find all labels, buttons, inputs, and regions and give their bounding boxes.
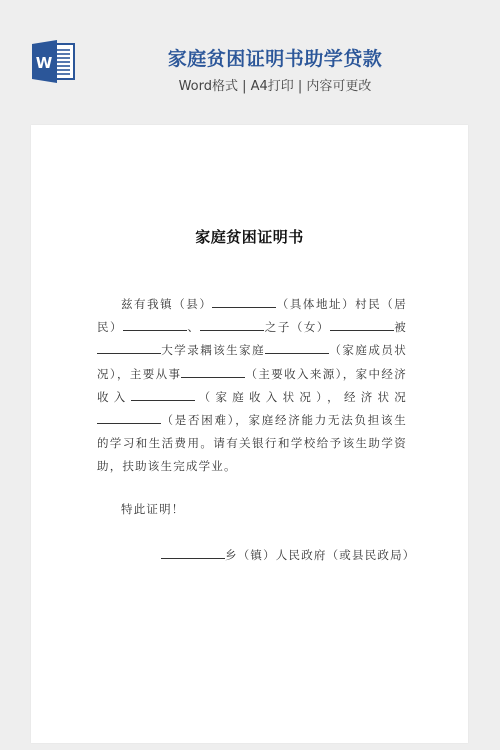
svg-text:W: W <box>36 54 53 72</box>
fill-in-blank[interactable] <box>212 295 276 308</box>
header: W 家庭贫困证明书助学贷款 Word格式 | A4打印 | 内容可更改 <box>0 0 500 120</box>
document-page: 家庭贫困证明书 兹有我镇（县）（具体地址）村民（居民）、之子（女）被大学录耦该生… <box>31 125 468 743</box>
fill-in-blank[interactable] <box>200 318 264 331</box>
signature-text: 乡（镇）人民政府（或县民政局） <box>225 548 416 562</box>
fill-in-blank[interactable] <box>97 341 161 354</box>
body-text: 被 <box>394 320 407 334</box>
body-text: 大学录耦该生家庭 <box>161 343 265 357</box>
document-title: 家庭贫困证明书 <box>31 226 468 247</box>
fill-in-blank[interactable] <box>97 411 161 424</box>
body-text: （家庭收入状况），经济状况 <box>195 390 407 404</box>
fill-in-blank[interactable] <box>123 318 187 331</box>
body-text: 之子（女） <box>264 320 330 334</box>
fill-in-blank[interactable] <box>265 341 329 354</box>
body-text: 、 <box>187 320 200 334</box>
page-title: 家庭贫困证明书助学贷款 <box>150 44 400 71</box>
word-document-icon: W <box>31 40 76 83</box>
fill-in-blank[interactable] <box>181 365 245 378</box>
document-body: 兹有我镇（县）（具体地址）村民（居民）、之子（女）被大学录耦该生家庭（家庭成员状… <box>97 293 407 479</box>
fill-in-blank[interactable] <box>330 318 394 331</box>
page-subtitle: Word格式 | A4打印 | 内容可更改 <box>150 75 400 94</box>
document-signature: 乡（镇）人民政府（或县民政局） <box>161 546 416 563</box>
fill-in-blank[interactable] <box>161 546 225 559</box>
fill-in-blank[interactable] <box>131 388 195 401</box>
document-closing: 特此证明！ <box>121 501 185 517</box>
body-text: 兹有我镇（县） <box>121 297 212 311</box>
